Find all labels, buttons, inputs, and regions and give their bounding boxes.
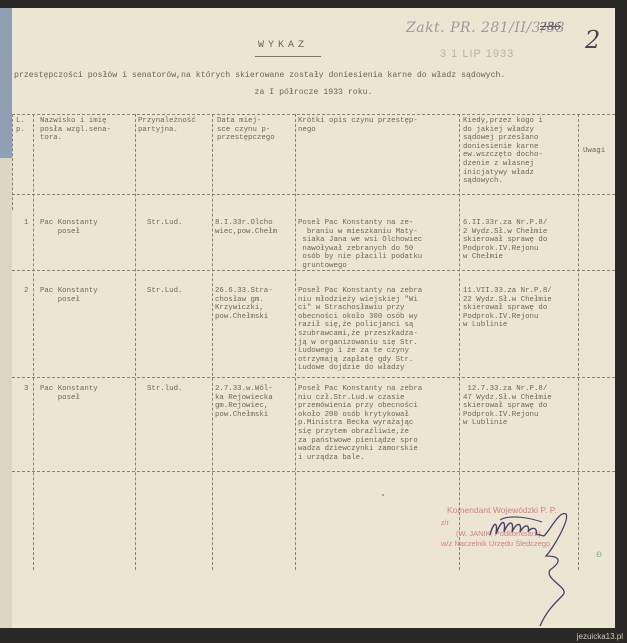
header-description: Krótki opis czynu przestęp- nego <box>298 117 418 134</box>
header-date-place: Data miej- sce czynu p- przestępczego <box>217 117 275 143</box>
col-divider-2 <box>135 114 136 570</box>
scan-paper-edge <box>0 158 12 628</box>
col-divider-4 <box>295 114 296 570</box>
table-left-border <box>12 114 13 210</box>
row-3-party: Str.lud. <box>147 385 182 394</box>
header-remarks: Uwagi <box>583 147 605 156</box>
row-2-lp: 2 <box>24 287 28 296</box>
row-1-date-place: 8.I.33r.Olcho wiec,pow.Chełm <box>215 219 277 236</box>
document-subtitle: przestępczości posłów i senatorów,na któ… <box>14 71 614 80</box>
page-number: 2 <box>585 26 600 54</box>
header-lp: L. p. <box>16 117 25 134</box>
received-date-stamp: 3 1 LIP 1933 <box>440 48 514 60</box>
stamp-prefix: z/r <box>441 520 449 527</box>
col-divider-1 <box>33 114 34 570</box>
row-3-lp: 3 <box>24 385 28 394</box>
col-divider-5 <box>459 114 460 570</box>
header-party: Przynależność partyjna. <box>138 117 196 134</box>
handwritten-signature <box>480 500 590 630</box>
row-3-date-place: 2.7.33.w.Wól- ka Rejowiecka gm.Rejowiec,… <box>215 385 273 419</box>
row-3-name: Pac Konstanty poseł <box>40 385 98 402</box>
row-3-description: Poseł Pac Konstanty na zebra niu czł.Str… <box>298 385 422 462</box>
row-2-name: Pac Konstanty poseł <box>40 287 98 304</box>
header-name: Nazwisko i imię posła wzgl.sena- tora. <box>40 117 111 143</box>
title-underline <box>255 56 321 57</box>
paper-spot <box>382 494 384 496</box>
row-1-lp: 1 <box>24 219 28 228</box>
row-1-name: Pac Konstanty poseł <box>40 219 98 236</box>
green-pencil-mark: ʚ <box>596 550 602 561</box>
row-1-party: Str.Lud. <box>147 219 182 228</box>
crossed-page-number: 286 <box>540 20 561 33</box>
row-3-bottom-border <box>12 471 615 472</box>
row-2-date-place: 26.6.33.Stra- chosław gm. Krzywiczki, po… <box>215 287 273 321</box>
row-3-when-by-whom: 12.7.33.za Nr.P.8/ 47 Wydz.Sł.w Chełmie … <box>463 385 552 428</box>
row-2-bottom-border <box>12 377 615 378</box>
source-watermark: jezuicka13.pl <box>577 632 623 641</box>
header-bottom-border <box>12 194 615 195</box>
row-1-description: Poseł Pac Konstanty na ze- braniu w mies… <box>298 219 422 271</box>
document-period: za I półrocze 1933 roku. <box>0 88 627 97</box>
header-when-by-whom: Kiedy,przez kogo i do jakiej władzy sądo… <box>463 117 543 186</box>
table-top-border <box>12 114 615 115</box>
row-1-when-by-whom: 6.II.33r.za Nr.P.8/ 2 Wydz.Sł.w Chełmie … <box>463 219 547 262</box>
document-title: WYKAZ <box>258 40 308 51</box>
row-2-party: Str.Lud. <box>147 287 182 296</box>
row-2-description: Poseł Pac Konstanty na zebra niu młodzie… <box>298 287 422 373</box>
col-divider-3 <box>212 114 213 570</box>
row-2-when-by-whom: 11.VII.33.za Nr.P.8/ 22 Wydz.Sł.w Chełmi… <box>463 287 552 330</box>
